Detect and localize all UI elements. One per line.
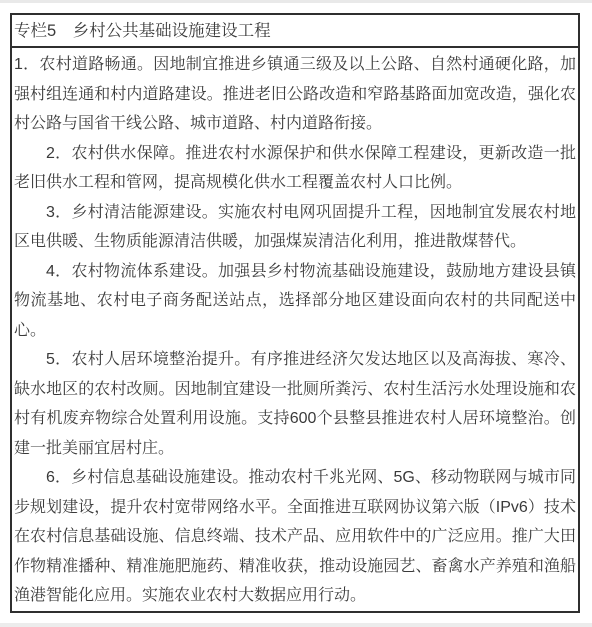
panel-title: 专栏5 乡村公共基础设施建设工程 xyxy=(12,15,578,48)
column-5-panel: 专栏5 乡村公共基础设施建设工程 1．农村道路畅通。因地制宜推进乡镇通三级及以上… xyxy=(10,13,580,613)
page-bottom-edge-divider xyxy=(0,623,592,627)
document-page: 专栏5 乡村公共基础设施建设工程 1．农村道路畅通。因地制宜推进乡镇通三级及以上… xyxy=(0,0,592,627)
page-top-edge-divider xyxy=(0,0,592,3)
paragraph-information-infrastructure: 6．乡村信息基础设施建设。推动农村千兆光网、5G、移动物联网与城市同步规划建设，… xyxy=(14,463,576,611)
paragraph-rural-roads: 1．农村道路畅通。因地制宜推进乡镇通三级及以上公路、自然村通硬化路，加强村组连通… xyxy=(14,50,576,139)
paragraph-clean-energy: 3．乡村清洁能源建设。实施农村电网巩固提升工程，因地制宜发展农村地区电供暖、生物… xyxy=(14,198,576,257)
paragraph-water-supply: 2．农村供水保障。推进农村水源保护和供水保障工程建设，更新改造一批老旧供水工程和… xyxy=(14,139,576,198)
paragraph-living-environment: 5．农村人居环境整治提升。有序推进经济欠发达地区以及高海拔、寒冷、缺水地区的农村… xyxy=(14,345,576,463)
panel-body: 1．农村道路畅通。因地制宜推进乡镇通三级及以上公路、自然村通硬化路，加强村组连通… xyxy=(12,48,578,611)
paragraph-logistics-system: 4．农村物流体系建设。加强县乡村物流基础设施建设，鼓励地方建设县镇物流基地、农村… xyxy=(14,257,576,346)
